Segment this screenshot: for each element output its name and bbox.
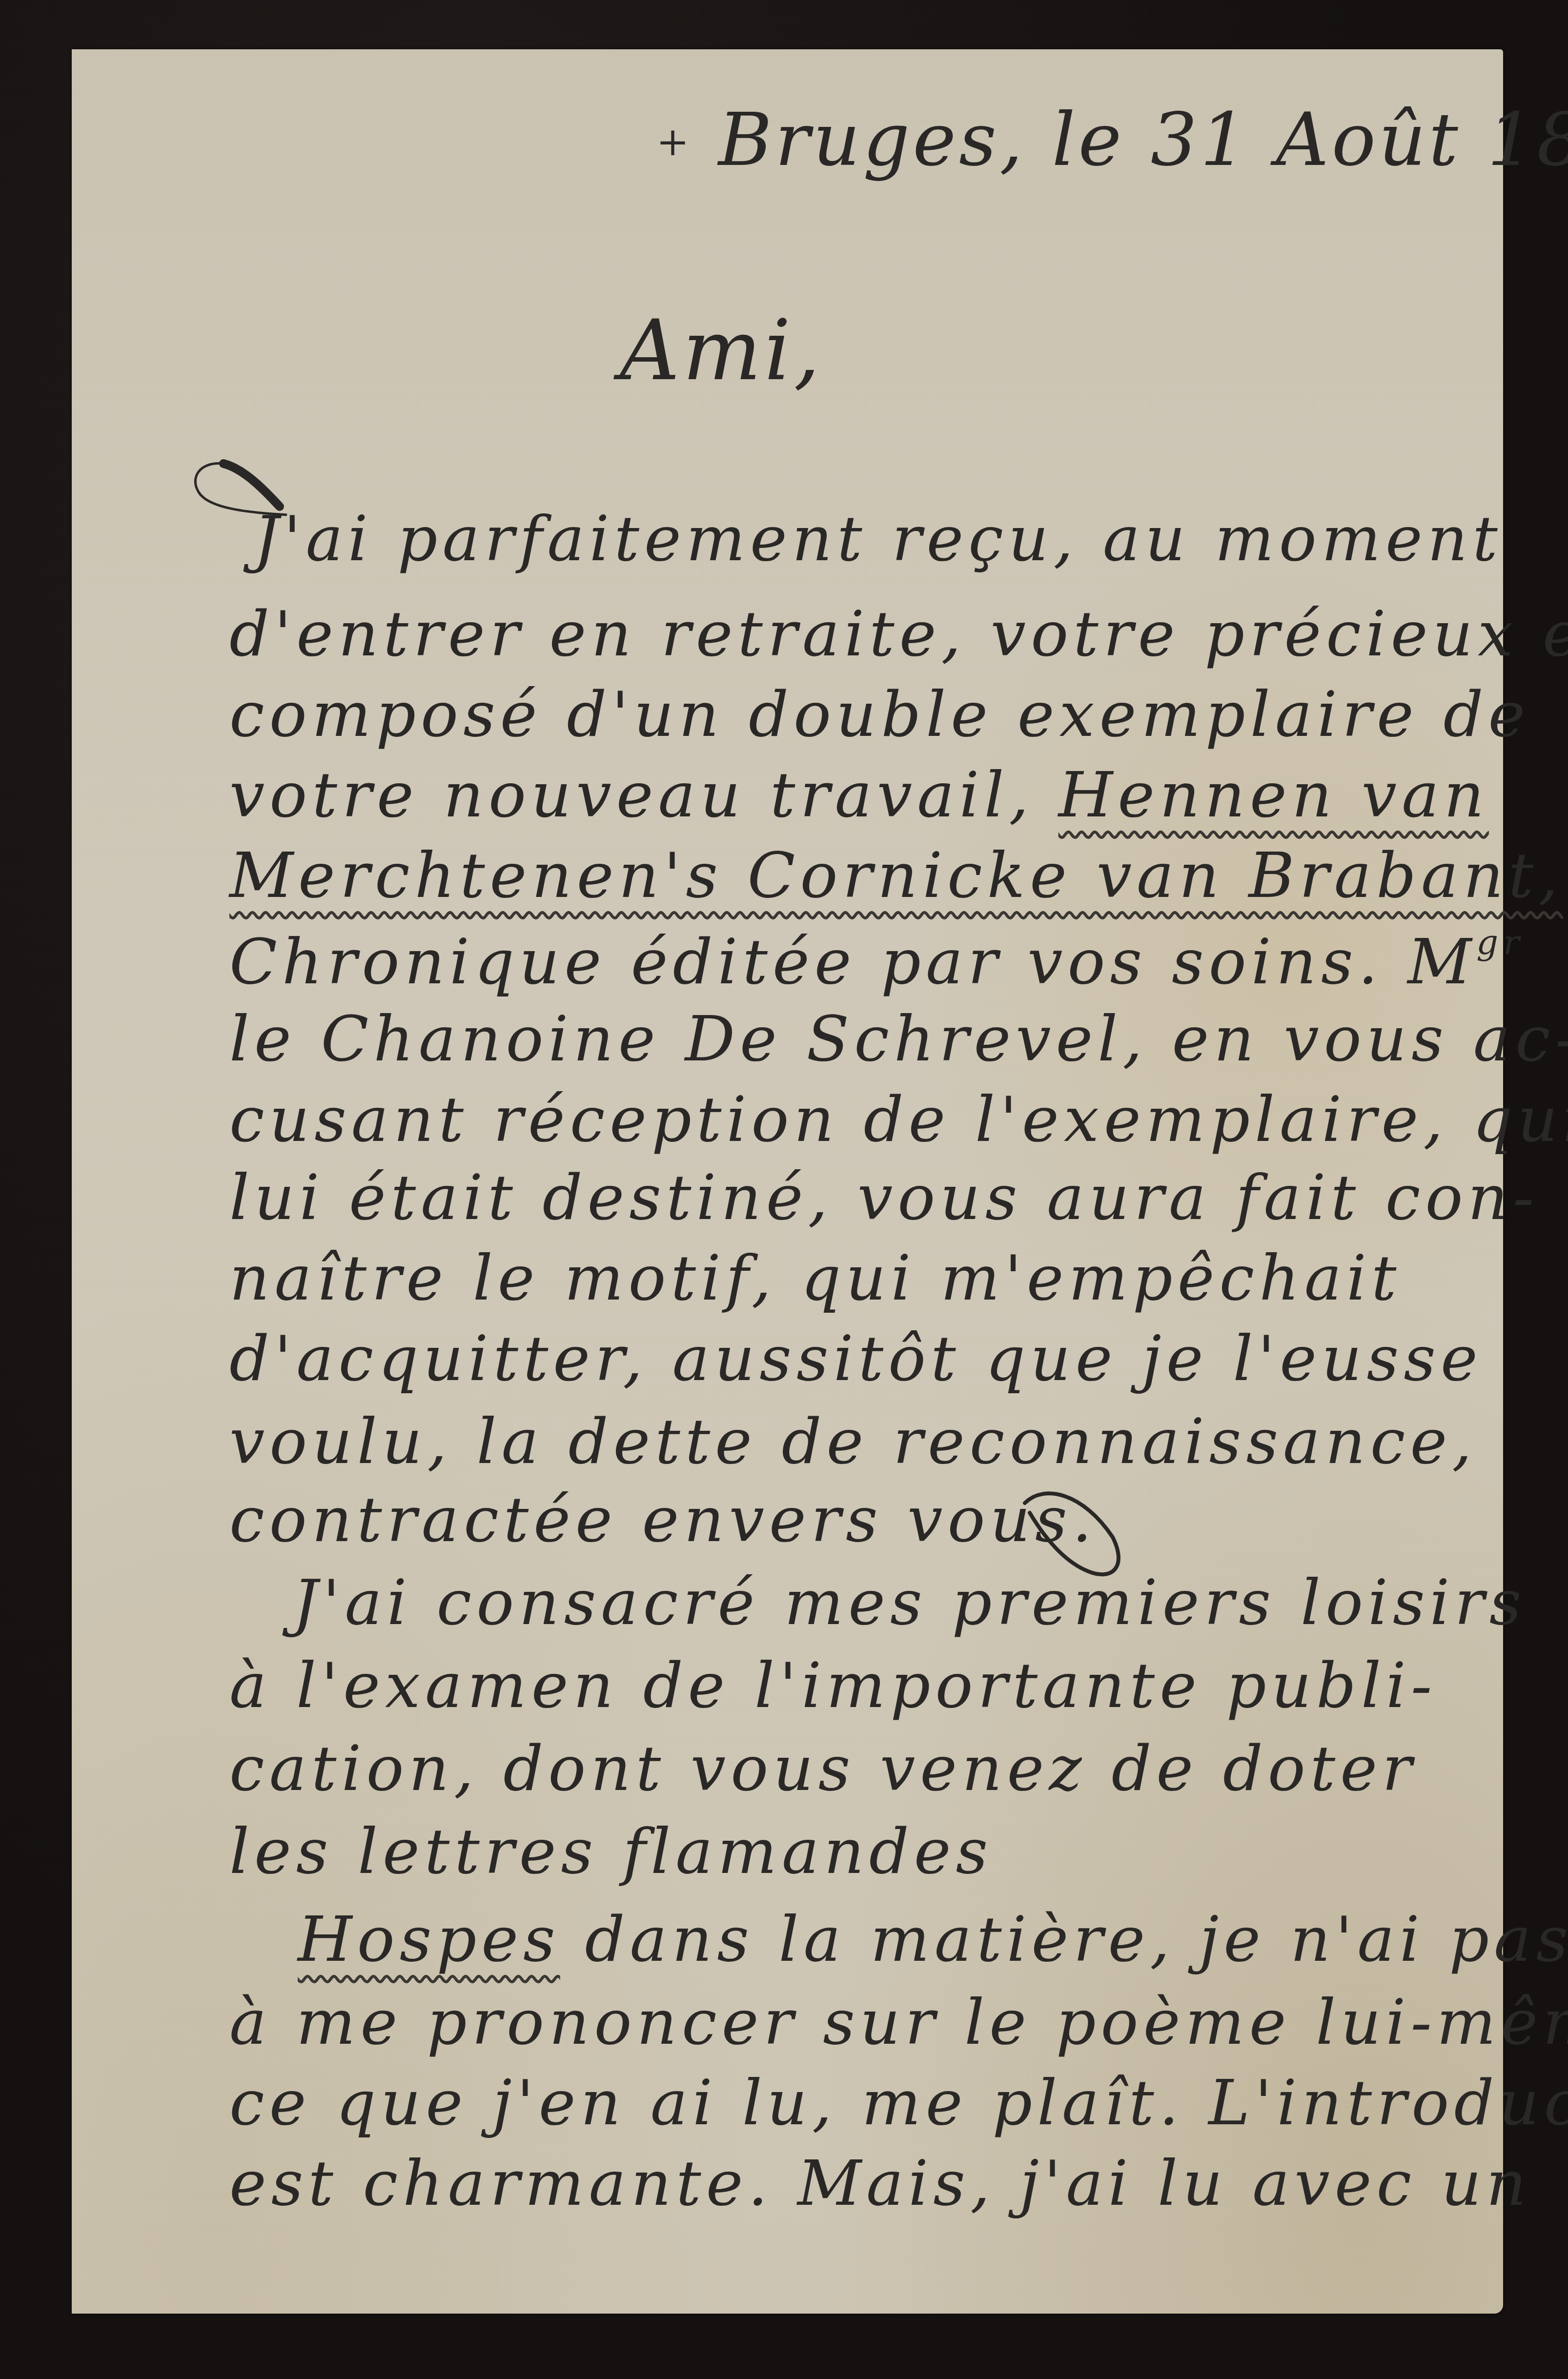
dateline-date: le 31 Août 1896.: [1052, 98, 1568, 183]
dateline-cross: +: [656, 119, 692, 164]
paragraph-3-line-1: Hospes dans la matière, je n'ai pas: [298, 1903, 1568, 1976]
line-6-text: Chronique éditée par vos soins. M: [229, 926, 1476, 998]
paragraph-1-line-12: voulu, la dette de reconnaissance,: [229, 1405, 1477, 1478]
paragraph-1-line-8: cusant réception de l'exemplaire, qui: [229, 1083, 1568, 1156]
paragraph-3-line-3: ce que j'en ai lu, me plaît. L'introduct…: [229, 2067, 1568, 2139]
paragraph-1-line-1: J'ai parfaitement reçu, au moment: [254, 503, 1503, 575]
paragraph-1-line-5-title: Merchtenen's Cornicke van Brabant,: [229, 839, 1563, 912]
salutation: Ami,: [620, 303, 823, 399]
paragraph-2-line-4: les lettres flamandes: [229, 1815, 993, 1888]
underlined-word-hospes: Hospes: [298, 1903, 560, 1976]
line-4-text: votre nouveau travail,: [229, 759, 1059, 832]
abbreviation-superscript: gr: [1476, 922, 1524, 962]
line-1-rest: dans la matière, je n'ai pas: [585, 1903, 1568, 1976]
paragraph-1-line-10: naître le motif, qui m'empêchait: [229, 1242, 1401, 1315]
underlined-author-name: Hennen van: [1059, 759, 1489, 832]
paragraph-1-line-3: composé d'un double exemplaire de: [229, 678, 1530, 751]
paragraph-1-line-6: Chronique éditée par vos soins. Mgr: [229, 922, 1524, 998]
paragraph-3-line-2: à me prononcer sur le poème lui-même;: [229, 1986, 1568, 2059]
paragraph-1-line-4: votre nouveau travail, Hennen van: [229, 759, 1489, 832]
paragraph-2-line-1: J'ai consacré mes premiers loisirs: [293, 1566, 1526, 1639]
dateline-place: Bruges,: [718, 98, 1026, 183]
paragraph-3-line-4: est charmante. Mais, j'ai lu avec un: [229, 2147, 1531, 2220]
paragraph-1-line-7: le Chanoine De Schrevel, en vous ac-: [229, 1003, 1568, 1076]
paragraph-2-line-3: cation, dont vous venez de doter: [229, 1732, 1417, 1805]
paragraph-1-line-9: lui était destiné, vous aura fait con-: [229, 1161, 1539, 1234]
paragraph-2-line-2: à l'examen de l'importante publi-: [229, 1649, 1437, 1722]
paragraph-1-line-13: contractée envers vous.: [229, 1484, 1097, 1556]
dateline: + Bruges, le 31 Août 1896.: [656, 98, 1568, 183]
paragraph-1-line-2: d'entrer en retraite, votre précieux env…: [229, 598, 1568, 671]
paragraph-1-line-11: d'acquitter, aussitôt que je l'eusse: [229, 1322, 1483, 1395]
